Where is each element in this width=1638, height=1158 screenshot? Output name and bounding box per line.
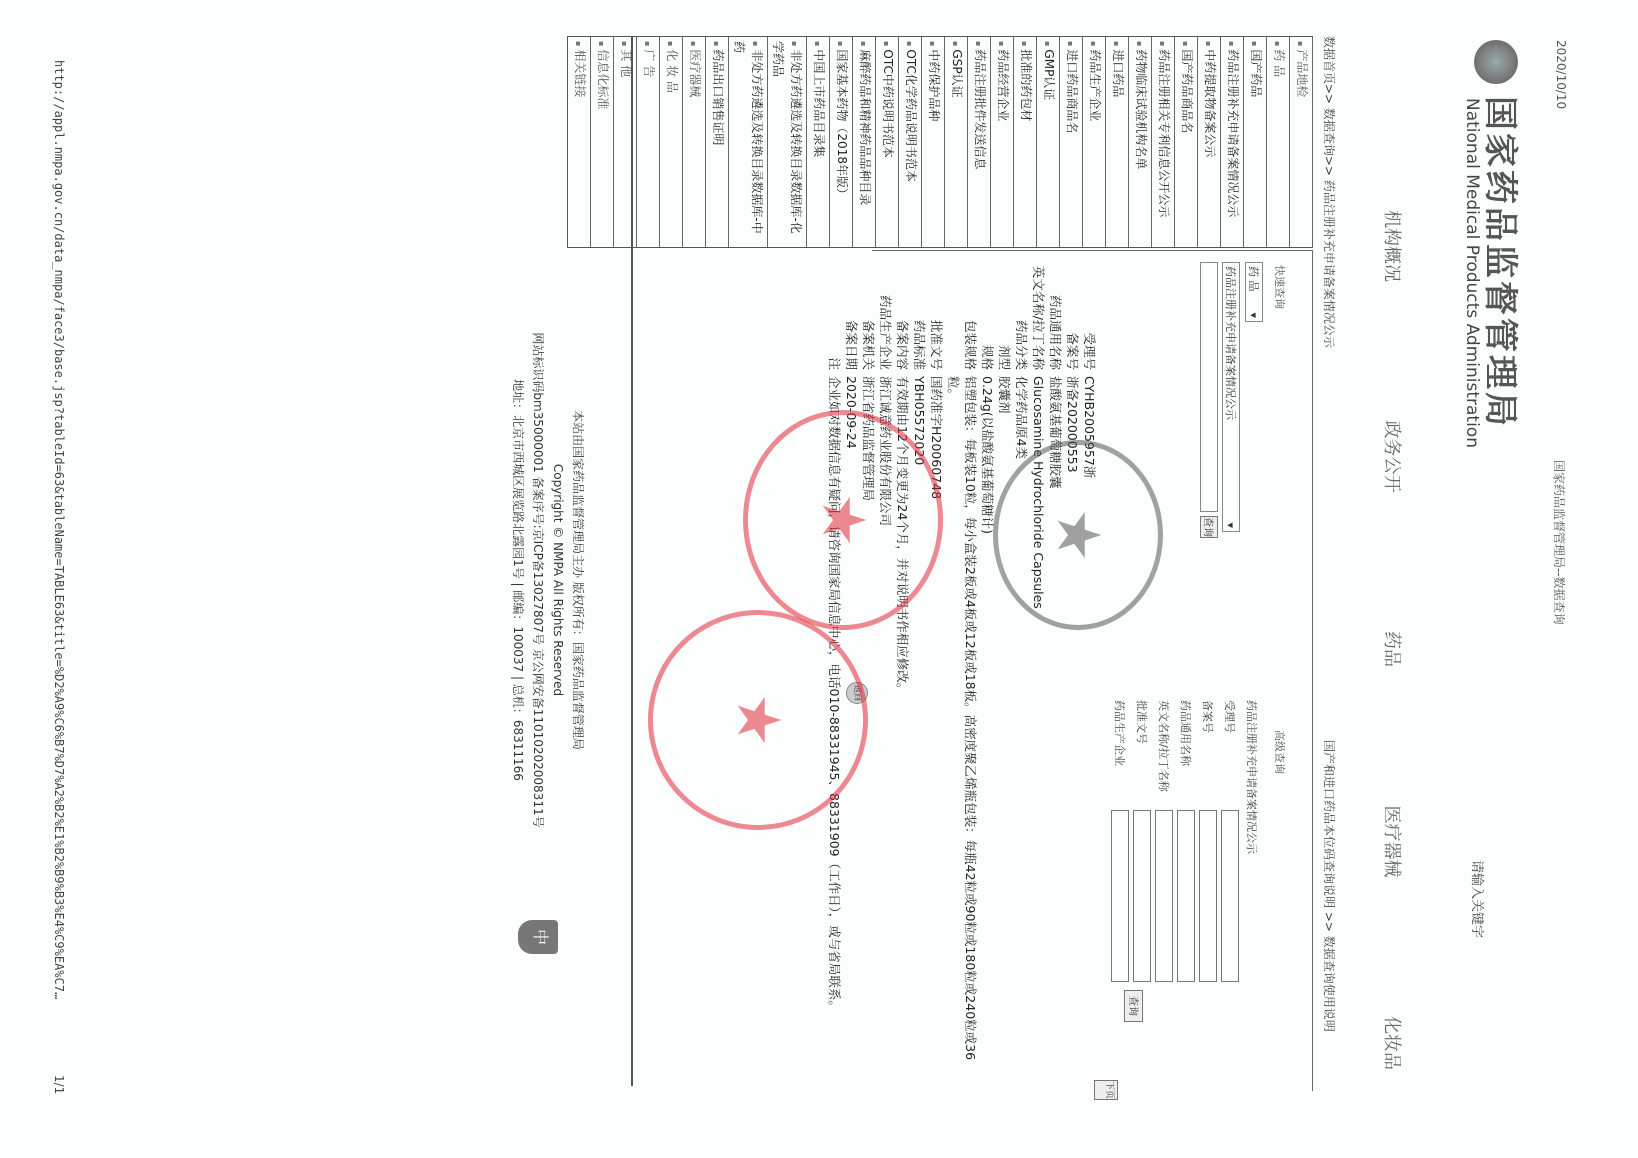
advanced-search-form: 药品注册补充申请备案情况公示受理号备案号药品通用名称英文名称/拉丁名称批准文号药… bbox=[1109, 700, 1263, 982]
field-label: 批准文号 bbox=[1134, 700, 1150, 810]
sidebar-item[interactable]: 药品注册批件发送信息 bbox=[968, 37, 991, 247]
star-icon: ★ bbox=[808, 493, 878, 547]
field-label: 备案号 bbox=[1200, 700, 1216, 810]
category-select-value: 药 品 bbox=[1246, 266, 1262, 292]
advanced-search-label: 高级查询 bbox=[1272, 730, 1288, 774]
record-detail: 受理号CYHB2005957浙备案号浙备202000553药品通用名称盐酸氨基葡… bbox=[826, 260, 1098, 1080]
footer-sponsor: 本站由国家药品监督管理局主办 版权所有：国家药品监督管理局 bbox=[568, 200, 588, 960]
nav-item-medical-devices[interactable]: 医疗器械 bbox=[1380, 806, 1406, 878]
sidebar-item[interactable]: OTC化学药品说明书范本 bbox=[899, 37, 922, 247]
sidebar-item[interactable]: 国产药品商品名 bbox=[1175, 37, 1198, 247]
help-links[interactable]: 国产和进口药品本位码查询说明 >> 数据查询使用说明 bbox=[1321, 740, 1338, 1032]
sidebar-item[interactable]: OTC中药说明书范本 bbox=[876, 37, 899, 247]
field-input[interactable] bbox=[1133, 810, 1151, 982]
quick-search-button[interactable]: 查询 bbox=[1200, 516, 1218, 538]
detail-key: 备案日期 bbox=[843, 260, 860, 376]
sidebar-item[interactable]: 非处方药遴选及转换目录数据库-化学药品 bbox=[768, 37, 807, 247]
printed-page: 2020/10/10 国家药品监督管理局--数据查询 国家药品监督管理局 Nat… bbox=[0, 0, 1638, 1158]
print-page-number: 1/1 bbox=[52, 1075, 66, 1094]
print-date: 2020/10/10 bbox=[1554, 40, 1568, 109]
quick-search-label: 快速查询 bbox=[1272, 265, 1288, 309]
detail-key: 备案内容 bbox=[894, 260, 911, 376]
advanced-search-row: 批准文号 bbox=[1131, 700, 1153, 982]
sidebar-item[interactable]: 麻醉药品和精神药品品种目录 bbox=[853, 37, 876, 247]
sidebar-category[interactable]: 广 告 bbox=[637, 37, 660, 247]
detail-key: 备案号 bbox=[1064, 260, 1081, 376]
detail-row: 英文名称/拉丁名称Glucosamine Hydrochloride Capsu… bbox=[1030, 260, 1047, 1080]
sidebar-item[interactable]: 药品生产企业 bbox=[1083, 37, 1106, 247]
advanced-search-title: 药品注册补充申请备案情况公示 bbox=[1241, 700, 1263, 982]
detail-row: 批准文号国药准字H20060748 bbox=[928, 260, 945, 1080]
field-input[interactable] bbox=[1177, 810, 1195, 982]
company-seal-grey: ★ bbox=[993, 440, 1163, 630]
star-icon: ★ bbox=[723, 693, 793, 747]
detail-key: 包装规格 bbox=[945, 260, 979, 376]
table-select-value: 药品注册补充申请备案情况公示 bbox=[1223, 266, 1239, 420]
detail-row: 备案内容有效期由12个月变更为24个月，并对说明书作相应修改。 bbox=[894, 260, 911, 1080]
site-title-cn: 国家药品监督管理局 bbox=[1479, 96, 1528, 429]
footer-copyright: Copyright © NMPA All Rights Reserved bbox=[548, 200, 568, 960]
advanced-search-row: 英文名称/拉丁名称 bbox=[1153, 700, 1175, 982]
advanced-search-row: 药品生产企业 bbox=[1109, 700, 1131, 982]
print-title: 国家药品监督管理局--数据查询 bbox=[1551, 460, 1568, 625]
site-footer: 本站由国家药品监督管理局主办 版权所有：国家药品监督管理局 Copyright … bbox=[508, 200, 588, 960]
detail-key: 注 bbox=[826, 260, 843, 376]
field-label: 英文名称/拉丁名称 bbox=[1156, 700, 1172, 810]
sidebar-category[interactable]: 产品地检 bbox=[1290, 37, 1313, 247]
national-emblem-icon bbox=[1474, 40, 1518, 84]
detail-row: 剂型胶囊剂 bbox=[996, 260, 1013, 1080]
nav-item-government-affairs[interactable]: 政务公开 bbox=[1380, 421, 1406, 493]
advanced-search-row: 药品通用名称 bbox=[1175, 700, 1197, 982]
sidebar-item[interactable]: 药物临床试验机构名单 bbox=[1129, 37, 1152, 247]
chevron-down-icon: ▾ bbox=[1248, 312, 1261, 318]
nav-item-drugs[interactable]: 药品 bbox=[1380, 631, 1406, 667]
detail-key: 备案机关 bbox=[860, 260, 877, 376]
sidebar-item[interactable]: 药品经营企业 bbox=[991, 37, 1014, 247]
detail-row: 备案号浙备202000553 bbox=[1064, 260, 1081, 1080]
sidebar-item[interactable]: 药品注册补充申请备案情况公示 bbox=[1221, 37, 1244, 247]
star-icon: ★ bbox=[1043, 508, 1113, 562]
detail-key: 剂型 bbox=[996, 260, 1013, 376]
detail-value: 铝塑包装：每板装10粒，每小盒装2板或4板或12板或18板。高密度聚乙烯瓶包装：… bbox=[945, 376, 979, 1080]
sidebar-item[interactable]: 非处方药遴选及转换目录数据库-中药 bbox=[729, 37, 768, 247]
detail-row: 药品分类化学药品原4类 bbox=[1013, 260, 1030, 1080]
detail-row: 药品通用名称盐酸氨基葡萄糖胶囊 bbox=[1047, 260, 1064, 1080]
detail-row: 受理号CYHB2005957浙 bbox=[1081, 260, 1098, 1080]
sidebar-item[interactable]: 国产药品 bbox=[1244, 37, 1267, 247]
sidebar-item[interactable]: GMP认证 bbox=[1037, 37, 1060, 247]
sidebar-category[interactable]: 化 妆 品 bbox=[660, 37, 683, 247]
quick-search-input[interactable] bbox=[1200, 262, 1218, 512]
detail-key: 英文名称/拉丁名称 bbox=[1030, 260, 1047, 376]
sidebar-item[interactable]: 进口药品商品名 bbox=[1060, 37, 1083, 247]
field-label: 受理号 bbox=[1222, 700, 1238, 810]
field-input[interactable] bbox=[1155, 810, 1173, 982]
detail-key: 药品分类 bbox=[1013, 260, 1030, 376]
sidebar-item[interactable]: GSP认证 bbox=[945, 37, 968, 247]
sidebar-item[interactable]: 中国上市药品目录集 bbox=[807, 37, 830, 247]
advanced-search-row: 备案号 bbox=[1197, 700, 1219, 982]
next-page-button[interactable]: 下页 bbox=[1094, 1080, 1118, 1100]
sidebar-item[interactable]: 中药保护品种 bbox=[922, 37, 945, 247]
footer-icp: 网站标识码bm35000001 备案序号:京ICP备13027807号 京公网安… bbox=[528, 200, 548, 960]
company-seal-red-1: ★ bbox=[743, 410, 943, 630]
sidebar-item[interactable]: 进口药品 bbox=[1106, 37, 1129, 247]
nav-item-agency-overview[interactable]: 机构概况 bbox=[1380, 210, 1406, 282]
breadcrumb[interactable]: 数据首页>> 数据查询>> 药品注册补充申请备案情况公示 bbox=[1321, 36, 1338, 348]
company-seal-red-2: ★ bbox=[648, 610, 868, 830]
detail-row: 药品标准YBH05572020 bbox=[911, 260, 928, 1080]
top-nav: 机构概况 政务公开 药品 医疗器械 化妆品 bbox=[1380, 210, 1406, 1070]
footer-address: 地址：北京市西城区展览路北露园1号 | 邮编：100037 | 总机：68311… bbox=[508, 200, 528, 960]
field-label: 药品生产企业 bbox=[1112, 700, 1128, 810]
detail-key: 规格 bbox=[979, 260, 996, 376]
field-label: 药品通用名称 bbox=[1178, 700, 1194, 810]
government-site-badge-icon[interactable]: 中 bbox=[518, 920, 558, 954]
detail-value: 0.24g(以盐酸氨基葡萄糖计) bbox=[979, 376, 996, 1080]
sidebar-item[interactable]: 批准的药包材 bbox=[1014, 37, 1037, 247]
advanced-search-button[interactable]: 查询 bbox=[1124, 990, 1143, 1022]
detail-key: 批准文号 bbox=[928, 260, 945, 376]
advanced-search-row: 受理号 bbox=[1219, 700, 1241, 982]
nav-item-cosmetics[interactable]: 化妆品 bbox=[1380, 1016, 1406, 1070]
category-select[interactable]: 药 品 ▾ bbox=[1245, 262, 1263, 322]
print-url: http://appl.nmpa.gov.cn/data_nmpa/face3/… bbox=[52, 60, 66, 999]
footer-divider bbox=[631, 36, 633, 1086]
sidebar-category[interactable]: 信息化标准 bbox=[591, 37, 614, 247]
detail-key: 药品生产企业 bbox=[877, 260, 894, 376]
detail-key: 药品标准 bbox=[911, 260, 928, 376]
field-input[interactable] bbox=[1199, 810, 1217, 982]
site-title-en: National Medical Products Administration bbox=[1462, 98, 1482, 448]
field-input[interactable] bbox=[1221, 810, 1239, 982]
sidebar-item[interactable]: 药品注册相关专利信息公开公示 bbox=[1152, 37, 1175, 247]
field-input[interactable] bbox=[1111, 810, 1129, 982]
detail-row: 备案机关浙江省药品监督管理局 bbox=[860, 260, 877, 1080]
sidebar-category[interactable]: 其 他 bbox=[614, 37, 637, 247]
detail-key: 药品通用名称 bbox=[1047, 260, 1064, 376]
detail-row: 规格0.24g(以盐酸氨基葡萄糖计) bbox=[979, 260, 996, 1080]
sidebar-item[interactable]: 药品出口销售证明 bbox=[706, 37, 729, 247]
sidebar-item[interactable]: 中药提取物备案公示 bbox=[1198, 37, 1221, 247]
detail-row: 包装规格铝塑包装：每板装10粒，每小盒装2板或4板或12板或18板。高密度聚乙烯… bbox=[945, 260, 979, 1080]
detail-row: 药品生产企业浙江诚意药业股份有限公司 bbox=[877, 260, 894, 1080]
chevron-down-icon: ▾ bbox=[1225, 522, 1238, 528]
search-keyword-prompt[interactable]: 请输入关键字 bbox=[1469, 860, 1488, 938]
sidebar-item[interactable]: 国家基本药物（2018年版） bbox=[830, 37, 853, 247]
sidebar-category[interactable]: 医疗器械 bbox=[683, 37, 706, 247]
sidebar: 产品地检药 品国产药品药品注册补充申请备案情况公示中药提取物备案公示国产药品商品… bbox=[567, 36, 1313, 248]
table-select[interactable]: 药品注册补充申请备案情况公示 ▾ bbox=[1222, 262, 1240, 532]
detail-key: 受理号 bbox=[1081, 260, 1098, 376]
sidebar-category[interactable]: 药 品 bbox=[1267, 37, 1290, 247]
